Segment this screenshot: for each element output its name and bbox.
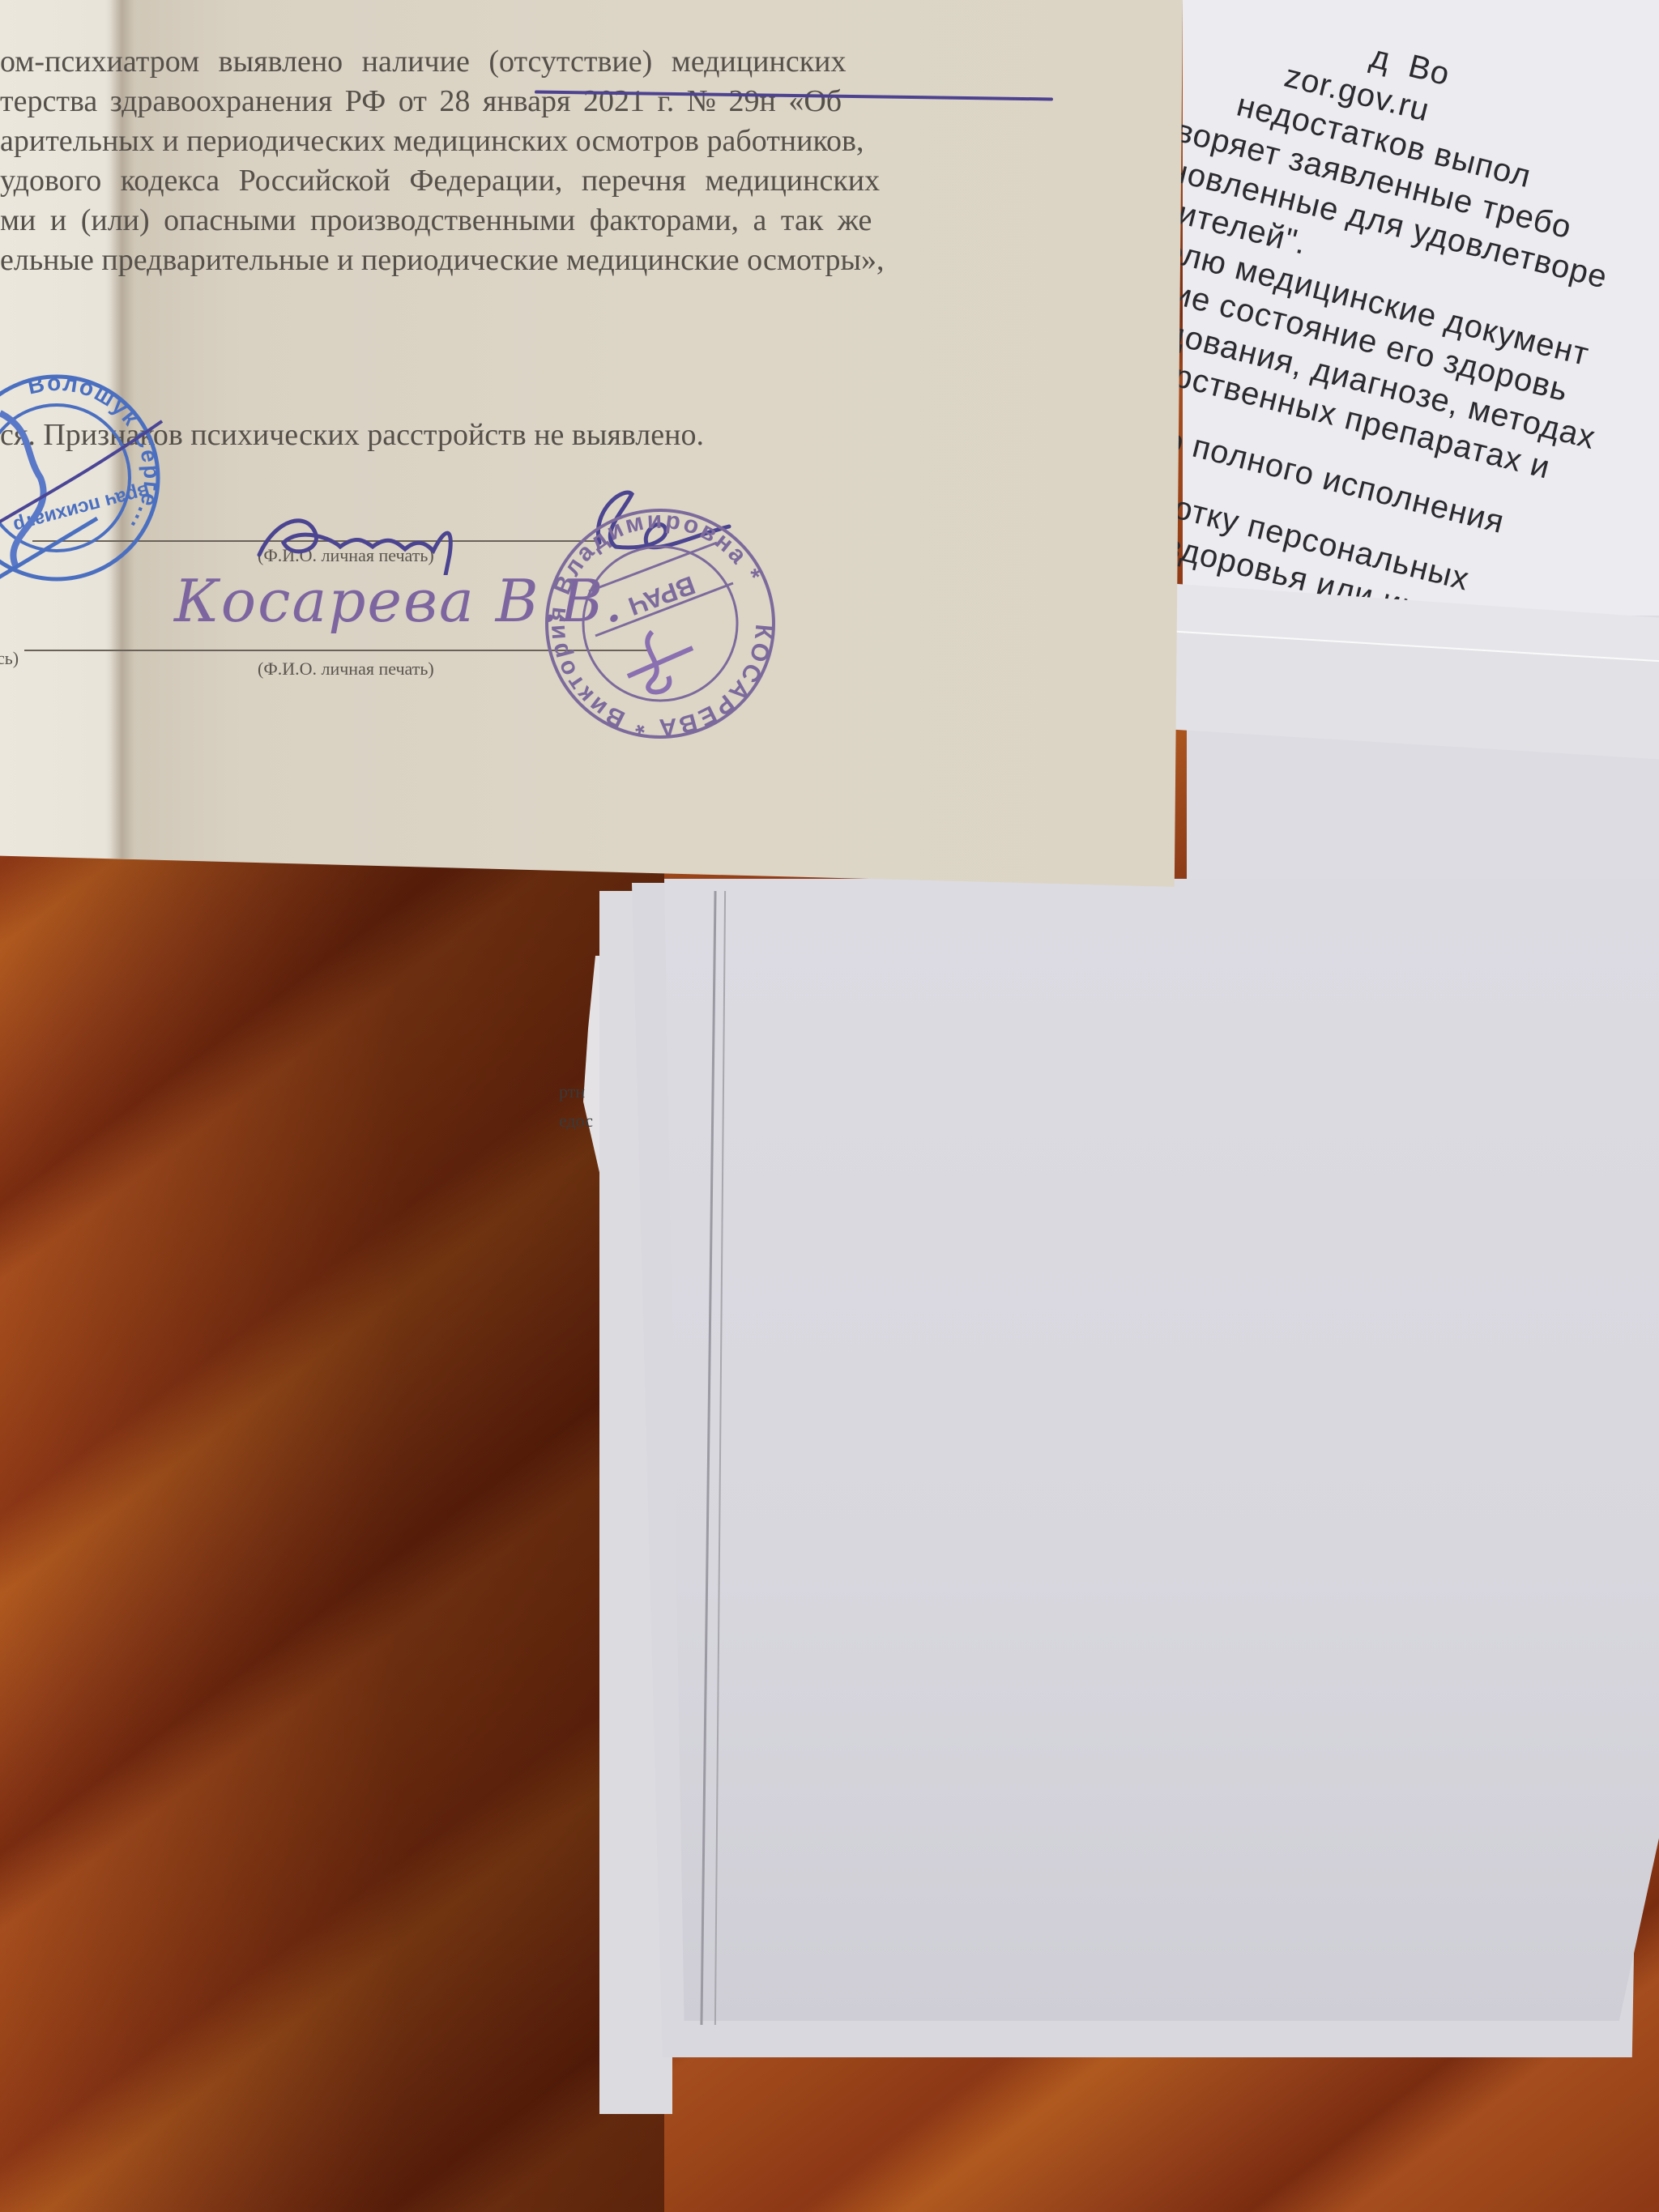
certificate-line: ми и (или) опасными производственными фа… [0,201,1053,241]
doctor-round-stamp: КОСАРЕВА * Виктория Владимировна * ВРАЧ [539,502,782,745]
torn-fragment-text: ртн едос [559,1077,593,1136]
certificate-line: арительных и периодических медицинских о… [0,121,1053,161]
svg-text:ВРАЧ: ВРАЧ [625,570,699,621]
side-label: сь) [0,648,19,669]
certificate-line: удового кодекса Российской Федерации, пе… [0,161,1053,201]
certificate-body: ом-психиатром выявлено наличие (отсутств… [0,42,1053,280]
certificate-line: ом-психиатром выявлено наличие (отсутств… [0,42,1053,82]
medical-certificate: ом-психиатром выявлено наличие (отсутств… [0,0,1183,887]
certificate-line: терства здравоохранения РФ от 28 января … [0,82,1053,121]
white-paper-sheet-front [664,879,1659,2021]
floor-shadow [0,850,664,2212]
fio-label-2: (Ф.И.О. личная печать) [258,658,434,680]
psychiatrist-round-stamp: Волошук Серге... врач психиатр [0,356,170,599]
certificate-line: ельные предварительные и периодические м… [0,241,1053,280]
svg-text:КОСАРЕВА * Виктория Владимиров: КОСАРЕВА * Виктория Владимировна * [544,507,778,741]
